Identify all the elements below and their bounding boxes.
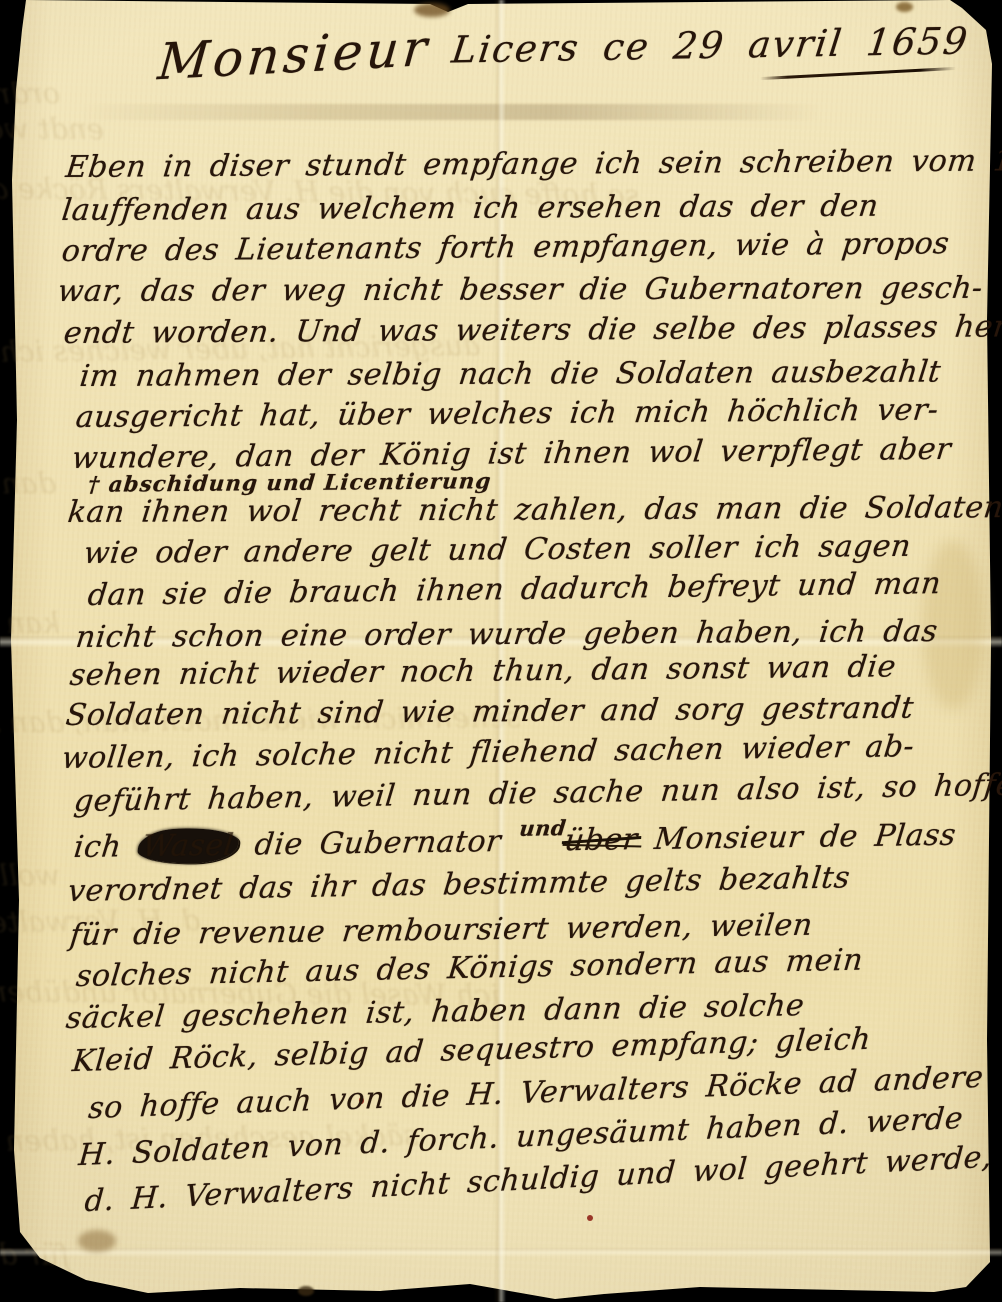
handwritten-text: ich	[72, 829, 140, 865]
handwritten-line: verordnet das ihr das bestimmte gelts be…	[66, 860, 852, 909]
handwritten-line: ordre des Lieutenants forth empfangen, w…	[60, 226, 951, 269]
handwritten-line: wollen, ich solche nicht fliehend sachen…	[60, 729, 916, 776]
letter-photo: ordre des Lieutenants forth empfangen, w…	[0, 0, 1002, 1302]
ink-blot-deletion: Wasel	[136, 828, 239, 864]
handwritten-line: dan sie die brauch ihnen dadurch befreyt…	[86, 566, 943, 613]
handwritten-line: war, das der weg nicht besser die Gubern…	[56, 271, 985, 309]
letter-body: Eben in diser stundt empfange ich sein s…	[0, 0, 1002, 1302]
handwritten-line: kan ihnen wol recht nicht zahlen, das ma…	[66, 490, 1002, 530]
inserted-word-above: und	[518, 815, 567, 841]
handwritten-line: ich Wasel die Gubernator undüber Monsieu…	[72, 818, 958, 865]
handwritten-line: endt worden. Und was weiters die selbe d…	[62, 309, 1002, 351]
handwritten-line: im nahmen der selbig nach die Soldaten a…	[78, 354, 943, 394]
handwritten-line: geführt haben, weil nun die sache nun al…	[72, 768, 1002, 819]
handwritten-line: nicht schon eine order wurde geben haben…	[74, 614, 940, 655]
handwritten-line: Eben in diser stundt empfange ich sein s…	[64, 143, 1002, 185]
handwritten-line: sehen nicht wieder noch thun, dan sonst …	[68, 649, 898, 693]
handwritten-line: lauffenden aus welchem ich ersehen das d…	[60, 189, 881, 228]
handwritten-line: wundere, dan der König ist ihnen wol ver…	[70, 432, 953, 476]
handwritten-line: wie oder andere gelt und Costen soller i…	[82, 529, 913, 571]
struck-through-word: über	[563, 822, 639, 858]
handwritten-text: Monsieur de Plass	[636, 818, 958, 858]
handwritten-line: ausgericht hat, über welches ich mich hö…	[74, 392, 940, 435]
handwritten-text: die Gubernator	[236, 824, 520, 863]
handwritten-line: Soldaten nicht sind wie minder and sorg …	[64, 691, 916, 733]
